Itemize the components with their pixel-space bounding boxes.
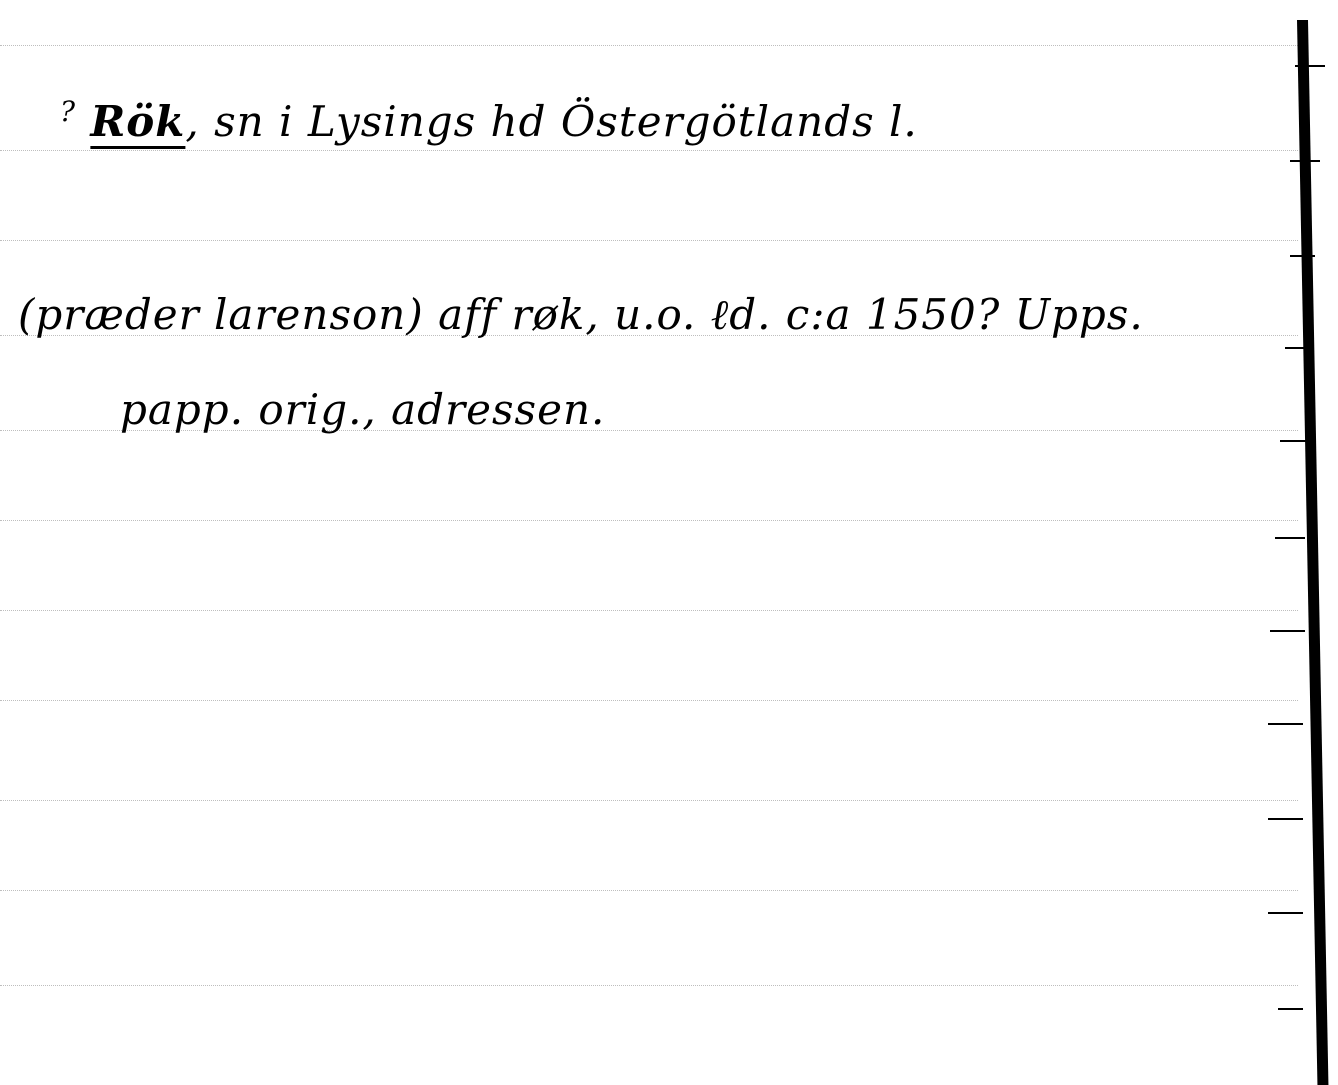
ruled-line (0, 985, 1298, 986)
card-line-1: ? Rök, sn i Lysings hd Östergötlands l. (60, 95, 918, 146)
edge-tick (1270, 630, 1305, 632)
source-citation: (præder larenson) aff røk, u.o. ℓd. c:a … (18, 290, 1144, 339)
edge-tick (1268, 723, 1303, 725)
edge-tick (1268, 818, 1303, 820)
ruled-line (0, 890, 1298, 891)
card-line-3: papp. orig., adressen. (120, 385, 605, 434)
ruled-line (0, 610, 1298, 611)
edge-tick (1285, 347, 1310, 349)
edge-tick (1280, 440, 1310, 442)
edge-tick (1290, 255, 1315, 257)
card-edge (1297, 20, 1328, 1085)
card-line-2: (præder larenson) aff røk, u.o. ℓd. c:a … (18, 290, 1144, 340)
headword: Rök (90, 97, 185, 146)
index-card: ? Rök, sn i Lysings hd Östergötlands l. … (0, 0, 1338, 1085)
edge-tick (1295, 65, 1325, 67)
edge-tick (1275, 537, 1305, 539)
ruled-line (0, 700, 1298, 701)
question-mark: ? (60, 95, 76, 128)
edge-tick (1290, 160, 1320, 162)
edge-tick (1278, 1008, 1303, 1010)
ruled-line (0, 520, 1298, 521)
source-note: papp. orig., adressen. (120, 385, 605, 434)
ruled-line (0, 800, 1298, 801)
place-description: , sn i Lysings hd Östergötlands l. (185, 97, 917, 146)
ruled-line (0, 150, 1298, 151)
ruled-line (0, 240, 1298, 241)
ruled-line (0, 45, 1298, 46)
edge-tick (1268, 912, 1303, 914)
